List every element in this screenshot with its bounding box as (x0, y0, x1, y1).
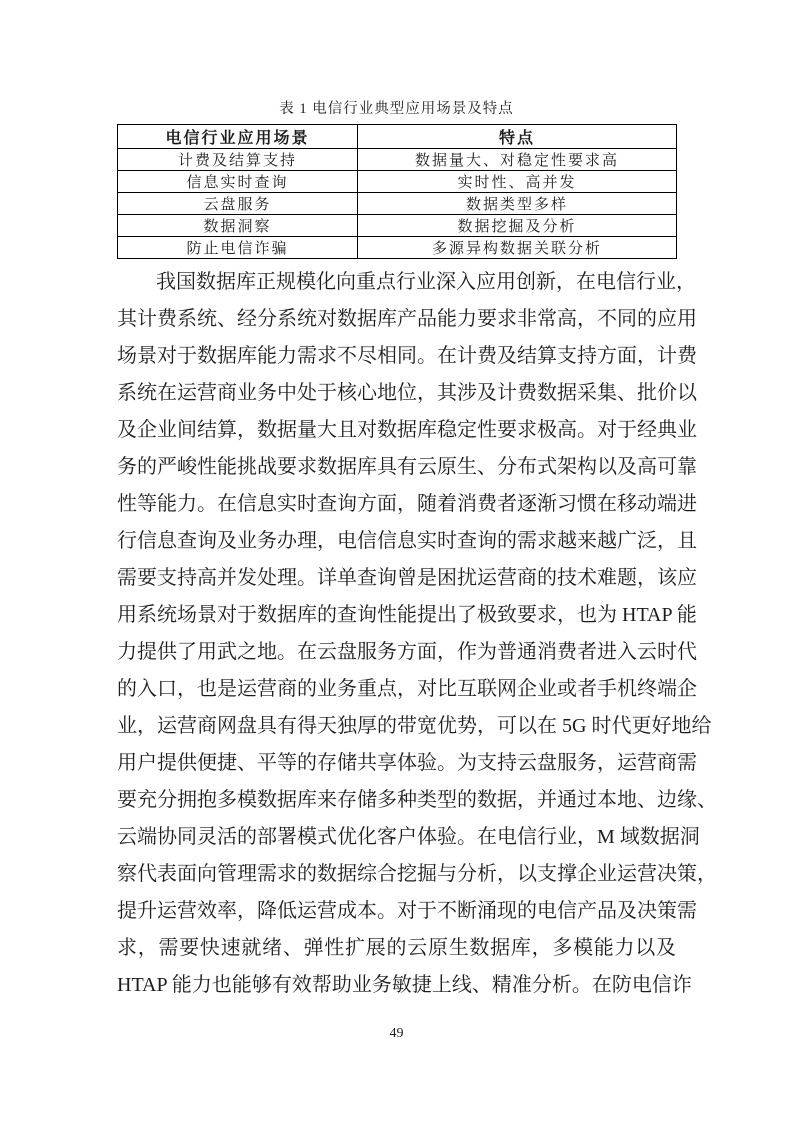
paragraph-line: 察代表面向管理需求的数据综合挖掘与分析，以支撑企业运营决策， (117, 856, 676, 893)
page-number: 49 (0, 1026, 793, 1042)
paragraph-line: 我国数据库正规模化向重点行业深入应用创新，在电信行业， (117, 264, 676, 301)
paragraph-line: 系统在运营商业务中处于核心地位，其涉及计费数据采集、批价以 (117, 375, 676, 412)
scenario-table: 电信行业应用场景 特点 计费及结算支持 数据量大、对稳定性要求高 信息实时查询 … (117, 124, 677, 259)
table-row: 信息实时查询 实时性、高并发 (118, 171, 677, 193)
table-cell-scene: 云盘服务 (118, 193, 358, 215)
table-cell-feature: 数据量大、对稳定性要求高 (358, 149, 677, 171)
table-cell-feature: 数据挖掘及分析 (358, 215, 677, 237)
table-row: 计费及结算支持 数据量大、对稳定性要求高 (118, 149, 677, 171)
table-cell-scene: 数据洞察 (118, 215, 358, 237)
paragraph-line: HTAP 能力也能够有效帮助业务敏捷上线、精准分析。在防电信诈 (117, 967, 676, 1004)
paragraph-line: 要充分拥抱多模数据库来存储多种类型的数据，并通过本地、边缘、 (117, 782, 676, 819)
table-cell-feature: 多源异构数据关联分析 (358, 237, 677, 259)
paragraph-line: 求，需要快速就绪、弹性扩展的云原生数据库，多模能力以及 (117, 930, 676, 967)
table-cell-scene: 防止电信诈骗 (118, 237, 358, 259)
table-row: 数据洞察 数据挖掘及分析 (118, 215, 677, 237)
paragraph-line: 其计费系统、经分系统对数据库产品能力要求非常高，不同的应用 (117, 301, 676, 338)
paragraph-line: 场景对于数据库能力需求不尽相同。在计费及结算支持方面，计费 (117, 338, 676, 375)
table-cell-feature: 数据类型多样 (358, 193, 677, 215)
paragraph-line: 行信息查询及业务办理，电信信息实时查询的需求越来越广泛，且 (117, 523, 676, 560)
paragraph-line: 用户提供便捷、平等的存储共享体验。为支持云盘服务，运营商需 (117, 745, 676, 782)
table-cell-feature: 实时性、高并发 (358, 171, 677, 193)
table-row: 云盘服务 数据类型多样 (118, 193, 677, 215)
paragraph-line: 的入口，也是运营商的业务重点，对比互联网企业或者手机终端企 (117, 671, 676, 708)
table-cell-scene: 信息实时查询 (118, 171, 358, 193)
paragraph-line: 业，运营商网盘具有得天独厚的带宽优势，可以在 5G 时代更好地给 (117, 708, 676, 745)
paragraph-line: 用系统场景对于数据库的查询性能提出了极致要求，也为 HTAP 能 (117, 597, 676, 634)
table-header-feature: 特点 (358, 125, 677, 149)
paragraph-line: 性等能力。在信息实时查询方面，随着消费者逐渐习惯在移动端进 (117, 486, 676, 523)
paragraph-line: 提升运营效率，降低运营成本。对于不断涌现的电信产品及决策需 (117, 893, 676, 930)
paragraph-line: 需要支持高并发处理。详单查询曾是困扰运营商的技术难题，该应 (117, 560, 676, 597)
paragraph-line: 及企业间结算，数据量大且对数据库稳定性要求极高。对于经典业 (117, 412, 676, 449)
table-row: 防止电信诈骗 多源异构数据关联分析 (118, 237, 677, 259)
table-caption: 表 1 电信行业典型应用场景及特点 (117, 97, 676, 118)
document-page: 表 1 电信行业典型应用场景及特点 电信行业应用场景 特点 计费及结算支持 数据… (0, 0, 793, 1122)
table-header-scene: 电信行业应用场景 (118, 125, 358, 149)
paragraph-line: 云端协同灵活的部署模式优化客户体验。在电信行业，M 域数据洞 (117, 819, 676, 856)
paragraph-line: 力提供了用武之地。在云盘服务方面，作为普通消费者进入云时代 (117, 634, 676, 671)
paragraph-line: 务的严峻性能挑战要求数据库具有云原生、分布式架构以及高可靠 (117, 449, 676, 486)
table-cell-scene: 计费及结算支持 (118, 149, 358, 171)
table-header-row: 电信行业应用场景 特点 (118, 125, 677, 149)
body-paragraph: 我国数据库正规模化向重点行业深入应用创新，在电信行业，其计费系统、经分系统对数据… (117, 264, 676, 1004)
